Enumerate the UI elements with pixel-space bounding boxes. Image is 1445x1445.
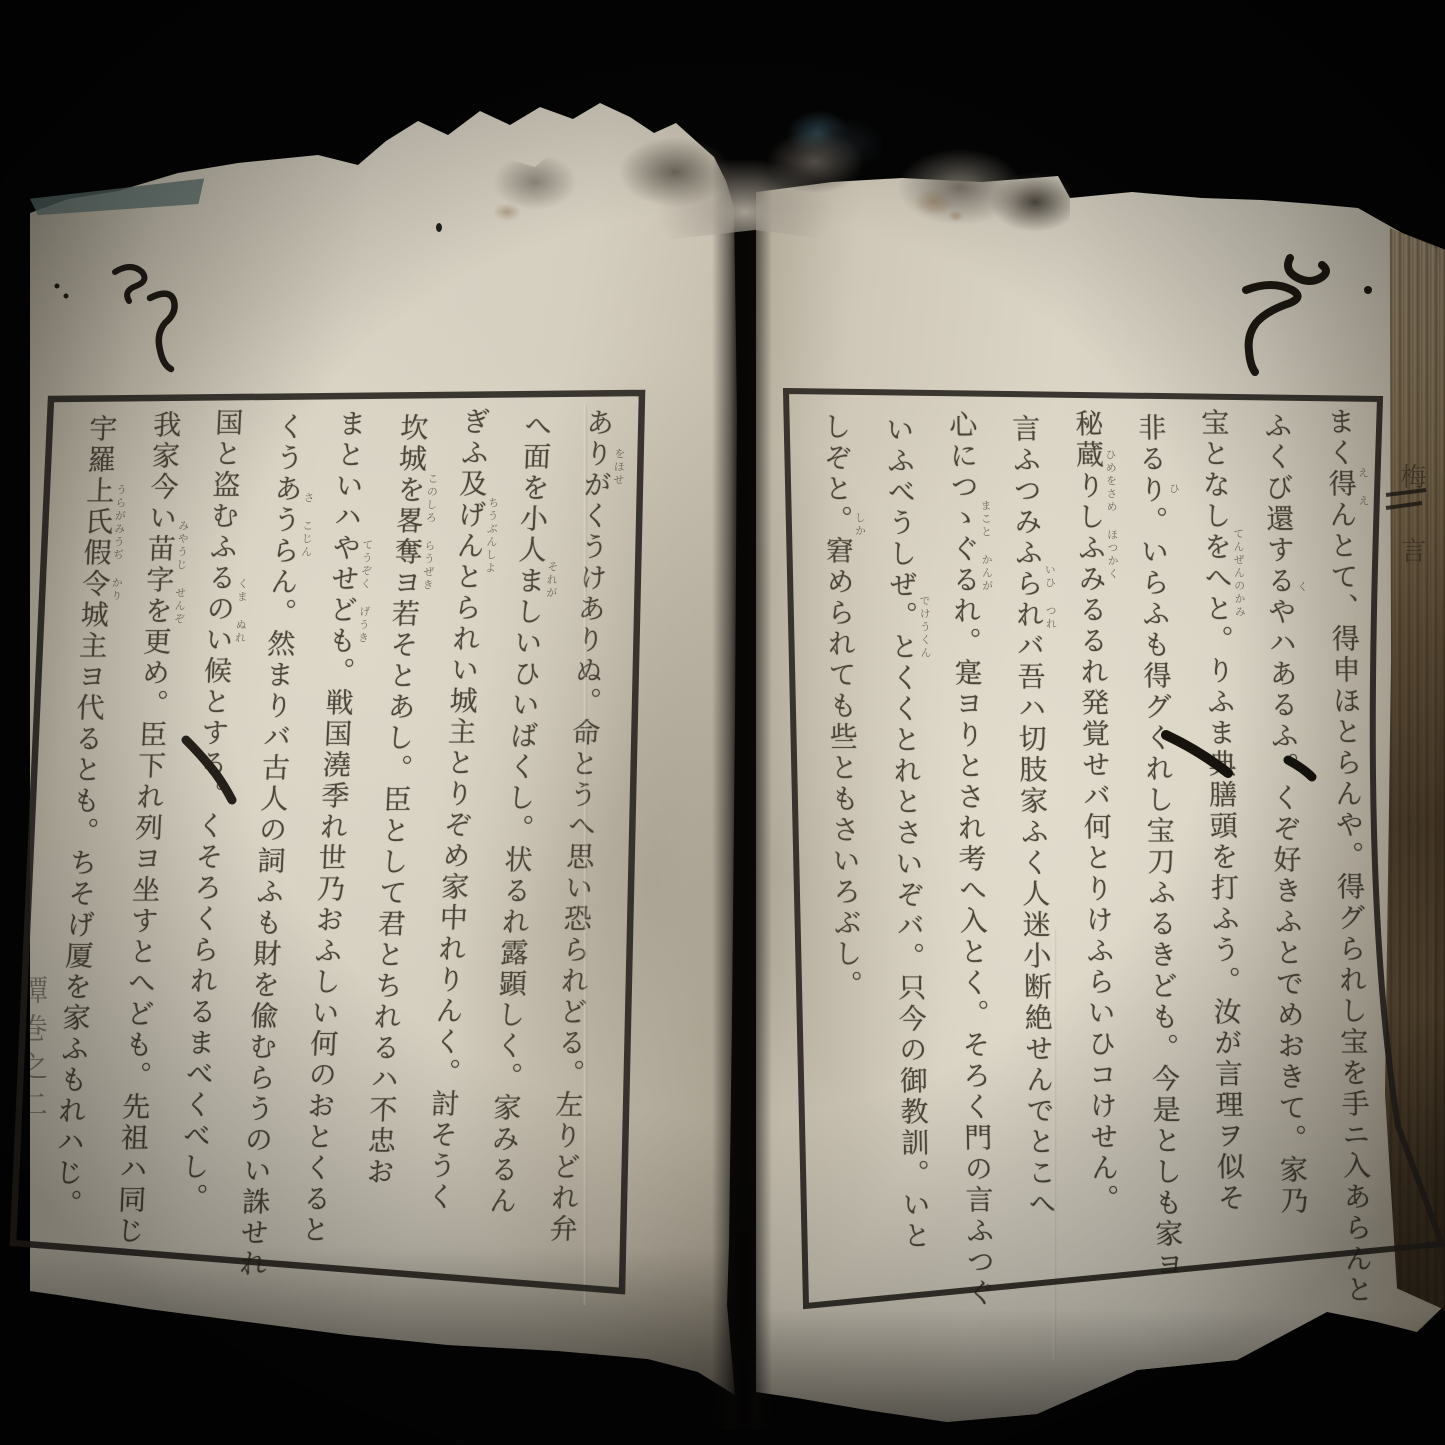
fore-edge-frame-bars [1386, 490, 1426, 508]
left-page-frame [13, 393, 642, 1291]
right-page-frame [786, 391, 1442, 1306]
right-page-ink-tick-marks [1166, 735, 1312, 777]
left-page-ink-slash [186, 740, 232, 800]
right-margin-ink-scribble [1246, 258, 1372, 372]
left-margin-ink-scribble [55, 267, 175, 369]
photo-of-open-book: ありがくうけありぬ。命とうへ思い恐られどる。左りどれ弁をほせへ面を小人ましいひい… [0, 0, 1445, 1445]
printed-frames-and-ink-marks [0, 0, 1445, 1445]
